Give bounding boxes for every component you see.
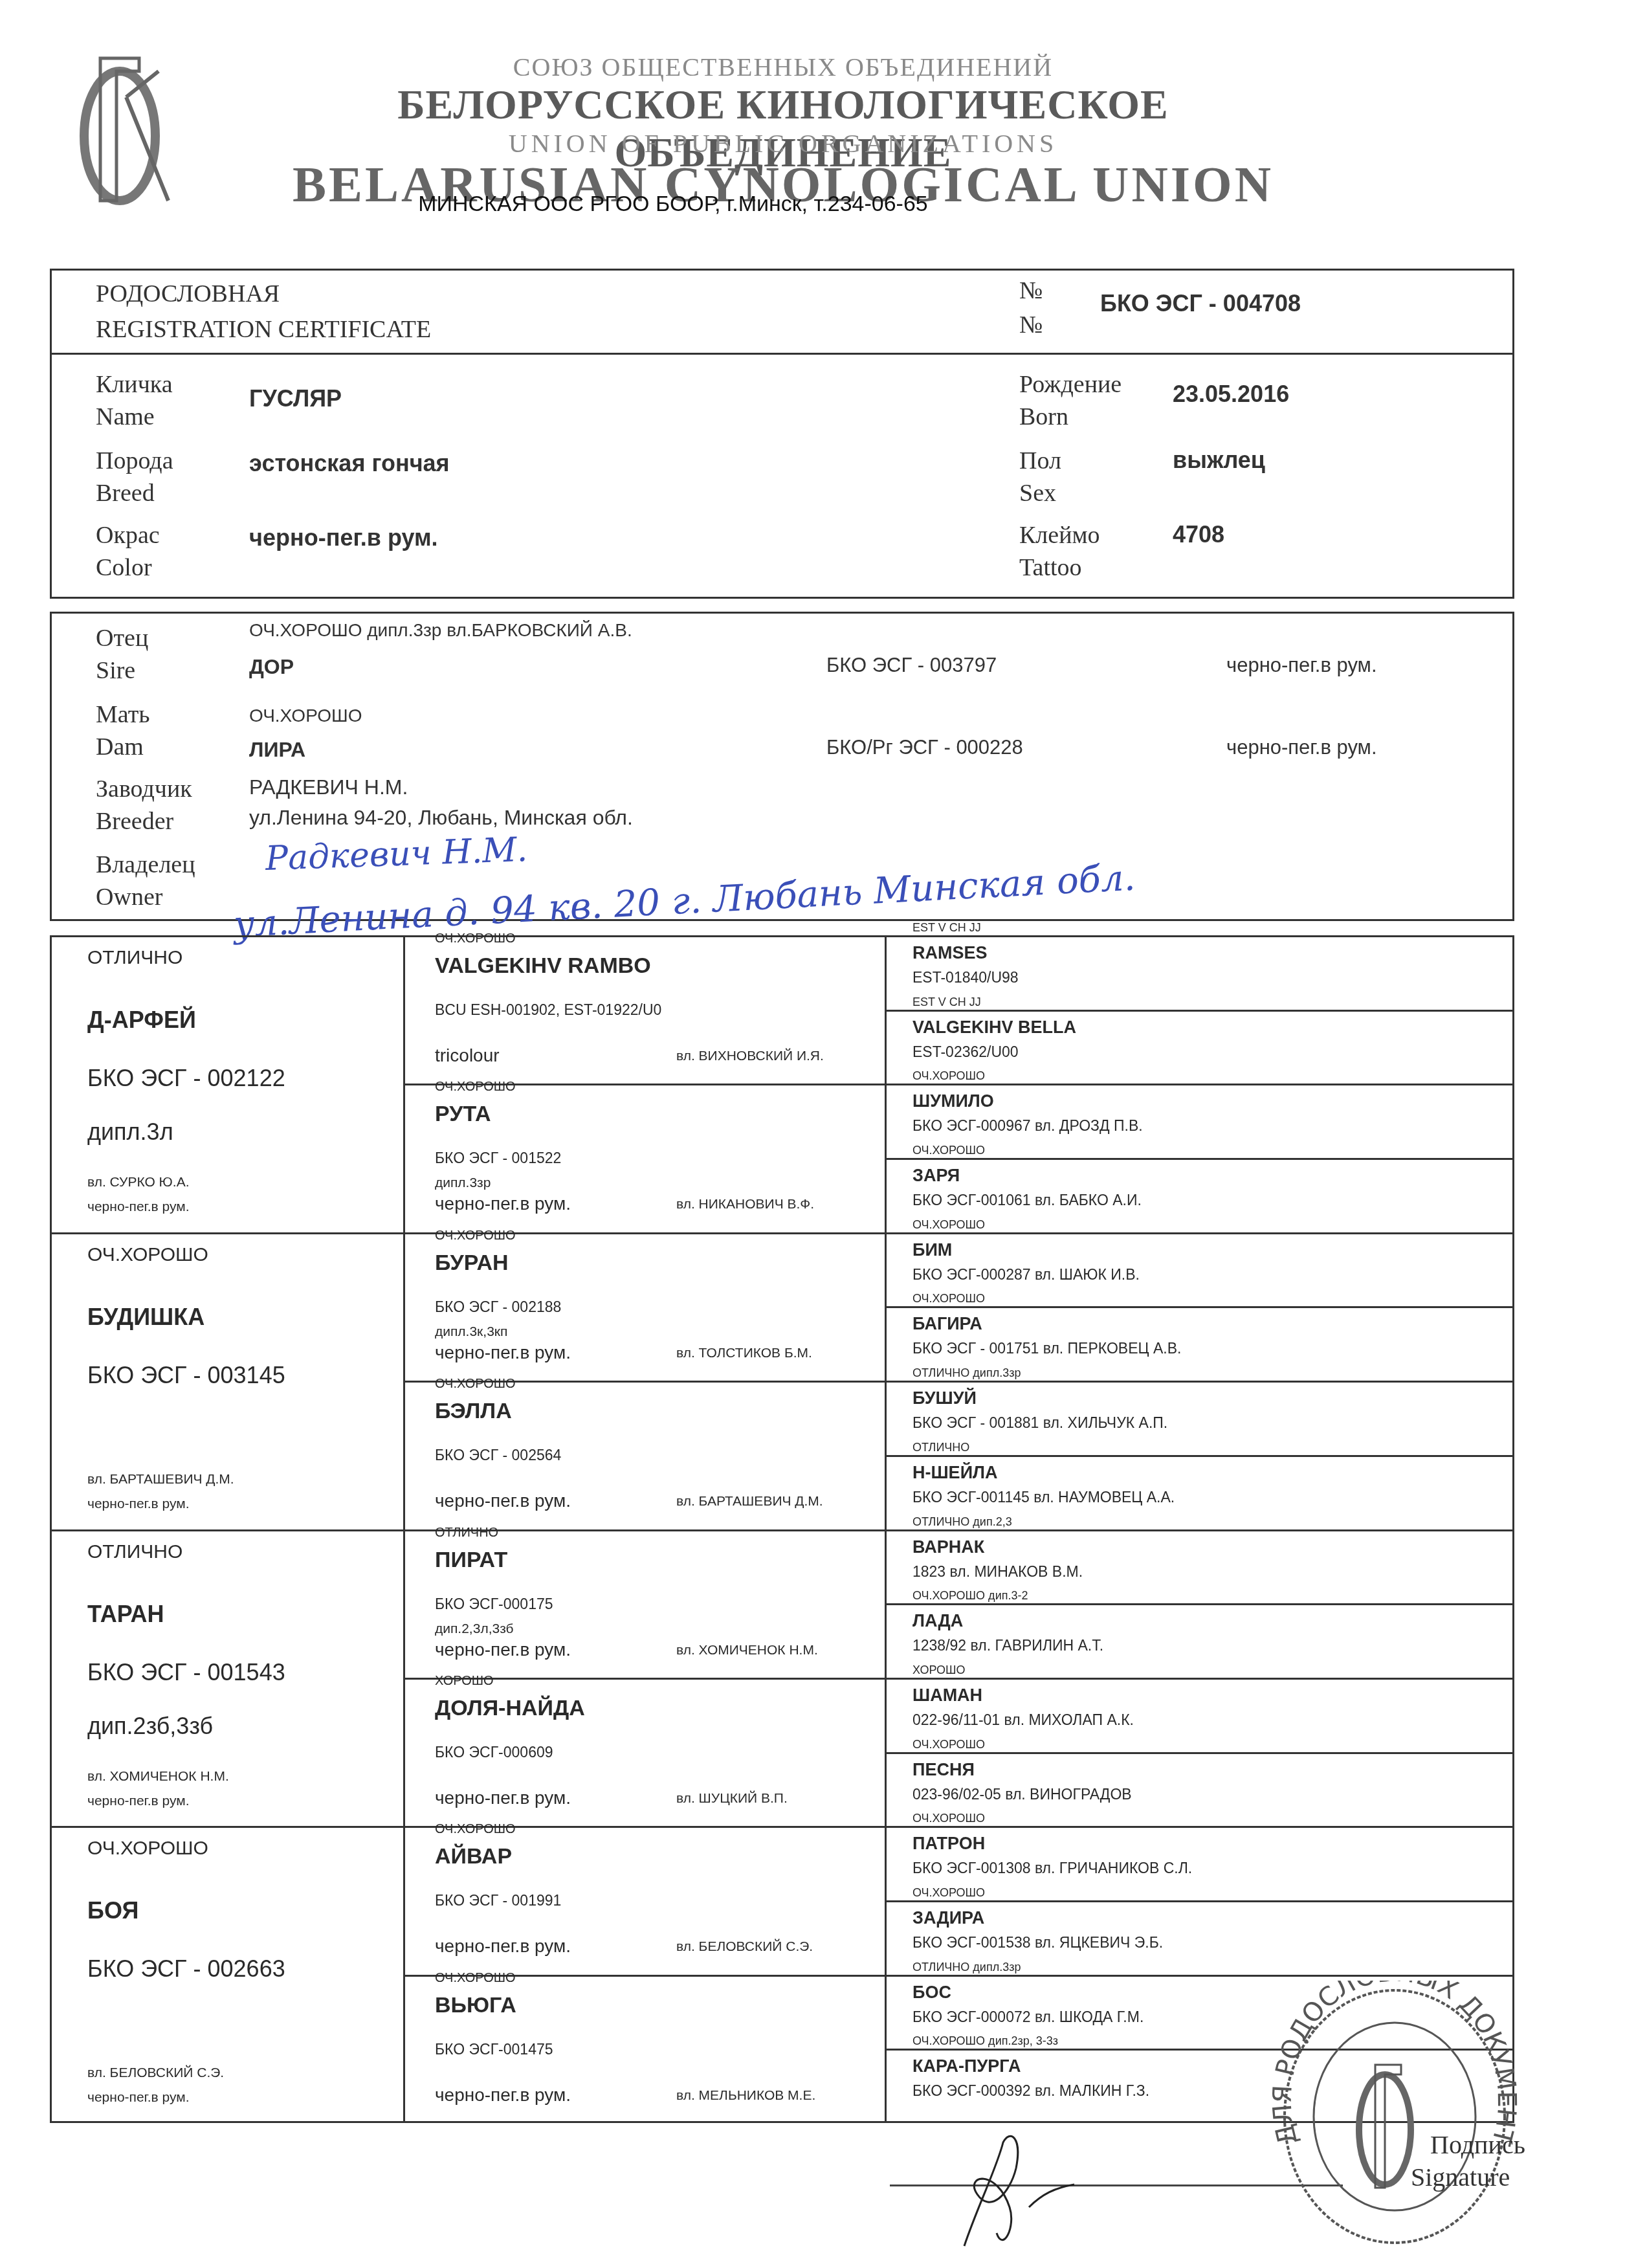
gen2-grade: ОЧ.ХОРОШО — [435, 1080, 516, 1095]
gen3-grade: ХОРОШО — [912, 1663, 966, 1677]
gen2-color: черно-пег.в рум. — [435, 1194, 571, 1214]
official-stamp-icon: ДЛЯ РОДОСЛОВНЫХ ДОКУМЕНТОВ — [1272, 1981, 1518, 2252]
dog-sex: выжлец — [1173, 447, 1265, 474]
color-label-en: Color — [96, 552, 152, 583]
dam-label-ru: Мать — [96, 699, 150, 730]
divider — [50, 353, 1514, 355]
gen3-grade: ОЧ.ХОРОШО — [912, 1218, 985, 1232]
breeder-label-en: Breeder — [96, 806, 173, 837]
gen3-name: ЛАДА — [912, 1611, 963, 1631]
gen1-color: черно-пег.в рум. — [87, 1199, 190, 1215]
row-divider — [885, 1381, 1514, 1383]
gen3-info: БКО ЭСГ-000287 вл. ШАЮК И.В. — [912, 1266, 1140, 1284]
gen2-name: ДОЛЯ-НАЙДА — [435, 1696, 585, 1721]
gen2-diploma: дипл.3зр — [435, 1175, 491, 1191]
number-label-ru: № — [1019, 275, 1043, 306]
row-divider — [885, 1529, 1514, 1531]
gen3-name: VALGEKIHV BELLA — [912, 1017, 1076, 1038]
gen3-info: EST-02362/U00 — [912, 1043, 1019, 1061]
gen1-reg: БКО ЭСГ - 002663 — [87, 1955, 285, 1983]
gen1-owner: вл. ХОМИЧЕНОК Н.М. — [87, 1769, 229, 1784]
dam-reg: БКО/Рг ЭСГ - 000228 — [826, 736, 1023, 759]
breed-label-ru: Порода — [96, 445, 173, 476]
gen2-owner: вл. ХОМИЧЕНОК Н.М. — [676, 1643, 818, 1658]
gen1-owner: вл. БЕЛОВСКИЙ С.Э. — [87, 2065, 224, 2081]
owner-label-ru: Владелец — [96, 849, 195, 880]
gen1-grade: ОЧ.ХОРОШО — [87, 1244, 208, 1266]
gen1-name: БУДИШКА — [87, 1304, 204, 1331]
gen2-color: черно-пег.в рум. — [435, 1342, 571, 1363]
sire-name: ДОР — [249, 655, 294, 679]
gen2-color: черно-пег.в рум. — [435, 1491, 571, 1511]
gen3-grade: ОЧ.ХОРОШО — [912, 1292, 985, 1306]
row-divider — [50, 1232, 406, 1234]
gen2-color: черно-пег.в рум. — [435, 1788, 571, 1808]
gen2-name: ВЬЮГА — [435, 1993, 516, 2018]
gen3-info: 023-96/02-05 вл. ВИНОГРАДОВ — [912, 1786, 1132, 1803]
gen2-color: tricolour — [435, 1045, 500, 1066]
bcu-logo-icon — [55, 45, 204, 214]
born-label-en: Born — [1019, 401, 1068, 432]
dam-label-en: Dam — [96, 731, 144, 762]
gen3-info: БКО ЭСГ-001308 вл. ГРИЧАНИКОВ С.Л. — [912, 1860, 1192, 1877]
gen3-grade: ОЧ.ХОРОШО — [912, 1886, 985, 1900]
gen1-color: черно-пег.в рум. — [87, 1496, 190, 1512]
gen2-reg: BCU ESH-001902, EST-01922/U0 — [435, 1001, 661, 1019]
gen2-color: черно-пег.в рум. — [435, 1640, 571, 1660]
gen3-info: БКО ЭСГ-000392 вл. МАЛКИН Г.З. — [912, 2082, 1149, 2100]
gen3-info: EST-01840/U98 — [912, 969, 1019, 986]
sire-reg: БКО ЭСГ - 003797 — [826, 654, 997, 677]
breeder-name: РАДКЕВИЧ Н.М. — [249, 775, 408, 799]
gen2-color: черно-пег.в рум. — [435, 1936, 571, 1957]
gen2-reg: БКО ЭСГ-000609 — [435, 1744, 553, 1761]
row-divider — [885, 1010, 1514, 1012]
gen3-grade: ОЧ.ХОРОШО — [912, 1738, 985, 1751]
gen1-diploma: дипл.3л — [87, 1118, 173, 1146]
gen3-name: ПЕСНЯ — [912, 1760, 975, 1780]
gen3-name: БУШУЙ — [912, 1388, 977, 1408]
tattoo-label-ru: Клеймо — [1019, 520, 1100, 551]
certificate-number: БКО ЭСГ - 004708 — [1100, 290, 1301, 317]
gen2-name: РУТА — [435, 1102, 491, 1127]
row-divider — [50, 1529, 406, 1531]
header-union-ru: СОЮЗ ОБЩЕСТВЕННЫХ ОБЪЕДИНЕНИЙ — [233, 52, 1333, 82]
gen3-name: ЗАРЯ — [912, 1166, 960, 1186]
row-divider — [885, 1678, 1514, 1680]
gen3-grade: ОТЛИЧНО дип.2,3 — [912, 1515, 1012, 1529]
tattoo-label-en: Tattoo — [1019, 552, 1082, 583]
gen2-owner: вл. БАРТАШЕВИЧ Д.М. — [676, 1494, 823, 1509]
row-divider — [885, 1975, 1514, 1977]
gen3-info: БКО ЭСГ - 001881 вл. ХИЛЬЧУК А.П. — [912, 1414, 1167, 1432]
row-divider — [885, 1306, 1514, 1308]
gen2-diploma: дип.2,3л,3зб — [435, 1621, 514, 1637]
gen3-name: ЗАДИРА — [912, 1908, 984, 1928]
dam-name: ЛИРА — [249, 738, 305, 762]
dog-born: 23.05.2016 — [1173, 381, 1289, 408]
gen2-grade: ОЧ.ХОРОШО — [435, 1377, 516, 1392]
row-divider — [885, 1084, 1514, 1085]
gen1-diploma: дип.2зб,3зб — [87, 1713, 213, 1740]
gen2-color: черно-пег.в рум. — [435, 2085, 571, 2106]
gen3-grade: ОТЛИЧНО — [912, 1441, 969, 1454]
dam-info: ОЧ.ХОРОШО — [249, 706, 362, 726]
gen2-owner: вл. ШУЦКИЙ В.П. — [676, 1791, 788, 1807]
gen1-color: черно-пег.в рум. — [87, 1794, 190, 1809]
gen1-reg: БКО ЭСГ - 003145 — [87, 1362, 285, 1389]
gen2-reg: БКО ЭСГ - 002564 — [435, 1447, 561, 1464]
gen3-info: БКО ЭСГ-001538 вл. ЯЦКЕВИЧ Э.Б. — [912, 1934, 1163, 1951]
signature-label-en: Signature — [1411, 2162, 1510, 2193]
gen3-name: RAMSES — [912, 943, 988, 963]
gen3-name: БАГИРА — [912, 1314, 982, 1334]
gen3-info: БКО ЭСГ-000967 вл. ДРОЗД П.В. — [912, 1117, 1143, 1135]
row-divider — [885, 1232, 1514, 1234]
gen2-grade: ХОРОШО — [435, 1674, 494, 1689]
gen2-owner: вл. НИКАНОВИЧ В.Ф. — [676, 1197, 814, 1212]
gen2-owner: вл. МЕЛЬНИКОВ М.Е. — [676, 2088, 815, 2104]
gen3-grade: ОЧ.ХОРОШО дип.3-2 — [912, 1589, 1028, 1603]
dog-name: ГУСЛЯР — [249, 385, 342, 412]
sex-label-en: Sex — [1019, 478, 1056, 509]
gen3-grade: ОЧ.ХОРОШО — [912, 1144, 985, 1157]
gen2-name: VALGEKIHV RAMBO — [435, 953, 651, 979]
gen1-reg: БКО ЭСГ - 001543 — [87, 1659, 285, 1686]
certificate-title-en: REGISTRATION CERTIFICATE — [96, 314, 431, 345]
gen1-reg: БКО ЭСГ - 002122 — [87, 1065, 285, 1092]
row-divider — [885, 1826, 1514, 1828]
gen2-owner: вл. ВИХНОВСКИЙ И.Я. — [676, 1049, 824, 1064]
owner-label-en: Owner — [96, 882, 162, 913]
row-divider — [885, 1603, 1514, 1605]
gen1-grade: ОТЛИЧНО — [87, 1541, 182, 1563]
dam-color: черно-пег.в рум. — [1226, 736, 1377, 759]
gen2-owner: вл. БЕЛОВСКИЙ С.Э. — [676, 1939, 813, 1955]
gen3-grade: ОТЛИЧНО дипл.3зр — [912, 1366, 1021, 1380]
dog-breed: эстонская гончая — [249, 450, 450, 477]
gen1-name: Д-АРФЕЙ — [87, 1006, 196, 1034]
gen3-info: 022-96/11-01 вл. МИХОЛАП А.К. — [912, 1711, 1134, 1729]
row-divider — [50, 1826, 406, 1828]
gen2-name: БУРАН — [435, 1251, 509, 1276]
sex-label-ru: Пол — [1019, 445, 1061, 476]
gen3-name: Н-ШЕЙЛА — [912, 1463, 997, 1483]
gen2-owner: вл. ТОЛСТИКОВ Б.М. — [676, 1346, 812, 1361]
gen2-reg: БКО ЭСГ - 001522 — [435, 1150, 561, 1167]
gen3-info: БКО ЭСГ-000072 вл. ШКОДА Г.М. — [912, 2008, 1144, 2026]
gen1-grade: ОЧ.ХОРОШО — [87, 1838, 208, 1860]
breed-label-en: Breed — [96, 478, 155, 509]
gen1-grade: ОТЛИЧНО — [87, 947, 182, 969]
gen3-grade: ОЧ.ХОРОШО — [912, 1812, 985, 1825]
gen3-name: ПАТРОН — [912, 1834, 985, 1854]
gen2-reg: БКО ЭСГ-001475 — [435, 2041, 553, 2058]
gen3-info: 1238/92 вл. ГАВРИЛИН А.Т. — [912, 1637, 1103, 1654]
gen2-name: БЭЛЛА — [435, 1399, 512, 1424]
gen3-name: КАРА-ПУРГА — [912, 2056, 1021, 2076]
gen2-diploma: дипл.3к,3кп — [435, 1324, 507, 1340]
gen2-reg: БКО ЭСГ - 002188 — [435, 1298, 561, 1316]
gen1-name: БОЯ — [87, 1897, 138, 1924]
row-divider — [885, 1158, 1514, 1160]
row-divider — [885, 1752, 1514, 1754]
row-divider — [885, 1455, 1514, 1457]
gen2-name: ПИРАТ — [435, 1548, 507, 1573]
sire-color: черно-пег.в рум. — [1226, 654, 1377, 677]
gen1-color: черно-пег.в рум. — [87, 2090, 190, 2106]
gen1-name: ТАРАН — [87, 1601, 164, 1628]
gen2-grade: ОТЛИЧНО — [435, 1526, 498, 1540]
color-label-ru: Окрас — [96, 520, 160, 551]
gen2-grade: ОЧ.ХОРОШО — [435, 1822, 516, 1837]
gen3-name: БИМ — [912, 1240, 952, 1260]
certificate-title-ru: РОДОСЛОВНАЯ — [96, 278, 280, 309]
sire-label-en: Sire — [96, 655, 135, 686]
gen2-grade: ОЧ.ХОРОШО — [435, 931, 516, 946]
gen3-info: БКО ЭСГ-001061 вл. БАБКО А.И. — [912, 1192, 1142, 1209]
gen3-grade: ОТЛИЧНО дипл.3зр — [912, 1961, 1021, 1974]
gen3-grade: EST V CH JJ — [912, 995, 981, 1009]
born-label-ru: Рождение — [1019, 369, 1122, 400]
gen2-reg: БКО ЭСГ - 001991 — [435, 1892, 561, 1909]
name-label-ru: Кличка — [96, 369, 173, 400]
row-divider — [885, 1900, 1514, 1902]
number-label-en: № — [1019, 309, 1043, 340]
breeder-address: ул.Ленина 94-20, Любань, Минская обл. — [249, 806, 633, 830]
gen3-name: БОС — [912, 1983, 951, 2003]
gen3-info: БКО ЭСГ - 001751 вл. ПЕРКОВЕЦ А.В. — [912, 1340, 1181, 1357]
gen3-grade: EST V CH JJ — [912, 921, 981, 935]
gen2-name: АЙВАР — [435, 1844, 512, 1869]
gen1-owner: вл. СУРКО Ю.А. — [87, 1175, 189, 1190]
gen1-owner: вл. БАРТАШЕВИЧ Д.М. — [87, 1472, 234, 1487]
gen2-grade: ОЧ.ХОРОШО — [435, 1228, 516, 1243]
gen3-grade: ОЧ.ХОРОШО — [912, 1069, 985, 1083]
gen3-grade: ОЧ.ХОРОШО дип.2зр, 3-3з — [912, 2034, 1058, 2048]
dog-tattoo: 4708 — [1173, 521, 1224, 548]
dog-color: черно-пег.в рум. — [249, 524, 438, 551]
gen2-reg: БКО ЭСГ-000175 — [435, 1595, 553, 1613]
gen3-info: БКО ЭСГ-001145 вл. НАУМОВЕЦ А.А. — [912, 1489, 1175, 1506]
header-branch-address: МИНСКАЯ ООС РГОО БООР, г.Минск, т.234-06… — [233, 192, 1113, 217]
gen3-name: ШАМАН — [912, 1685, 982, 1706]
sire-label-ru: Отец — [96, 623, 148, 654]
gen3-info: 1823 вл. МИНАКОВ В.М. — [912, 1563, 1083, 1581]
breeder-label-ru: Заводчик — [96, 773, 192, 805]
signature-label-ru: Подпись — [1430, 2129, 1525, 2161]
header-union-en: UNION OF PUBLIC ORGANIZATIONS — [233, 128, 1333, 159]
gen3-name: ШУМИЛО — [912, 1091, 994, 1111]
gen3-name: ВАРНАК — [912, 1537, 984, 1557]
signature-scribble-icon — [925, 2129, 1120, 2259]
name-label-en: Name — [96, 401, 155, 432]
sire-info: ОЧ.ХОРОШО дипл.3зр вл.БАРКОВСКИЙ А.В. — [249, 620, 632, 641]
gen2-grade: ОЧ.ХОРОШО — [435, 1971, 516, 1986]
